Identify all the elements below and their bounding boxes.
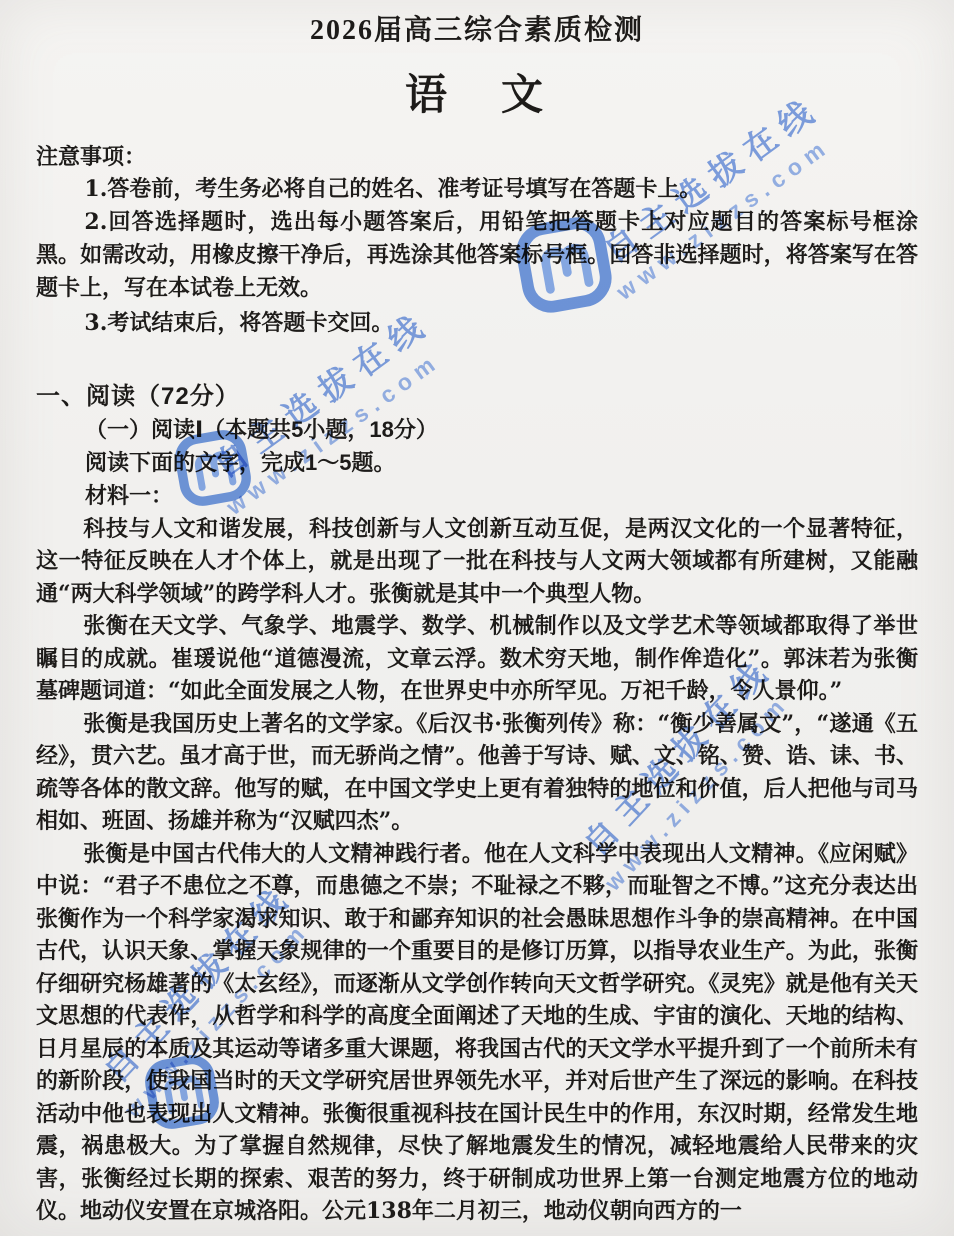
subject-title: 语 文 xyxy=(36,72,918,120)
reading-section: 一、阅读（72分） （一）阅读Ⅰ（本题共5小题，18分） 阅读下面的文字，完成1… xyxy=(36,380,918,1228)
paper-title: 2026届高三综合素质检测 xyxy=(36,14,918,48)
section-heading: 一、阅读（72分） xyxy=(36,380,918,413)
notice-item-1: 1.答卷前，考生务必将自己的姓名、准考证号填写在答题卡上。 xyxy=(36,173,918,206)
notice-section: 注意事项： 1.答卷前，考生务必将自己的姓名、准考证号填写在答题卡上。 2.回答… xyxy=(36,140,918,340)
notice-heading: 注意事项： xyxy=(36,140,918,173)
body-paragraph-4: 张衡是中国古代伟大的人文精神践行者。他在人文科学中表现出人文精神。《应闲赋》中说… xyxy=(36,838,918,1228)
notice-item-2: 2.回答选择题时，选出每小题答案后，用铅笔把答题卡上对应题目的答案标号框涂黑。如… xyxy=(36,206,918,305)
notice-item-3: 3.考试结束后，将答题卡交回。 xyxy=(36,307,918,340)
exam-paper-page: 2026届高三综合素质检测 语 文 注意事项： 1.答卷前，考生务必将自己的姓名… xyxy=(0,0,954,1236)
body-paragraph-3: 张衡是我国历史上著名的文学家。《后汉书·张衡列传》称：“衡少善属文”，“遂通《五… xyxy=(36,708,918,838)
material-body: 科技与人文和谐发展，科技创新与人文创新互动互促，是两汉文化的一个显著特征，这一特… xyxy=(36,513,918,1228)
reading-instruction: 阅读下面的文字，完成1～5题。 xyxy=(85,446,918,479)
body-paragraph-1: 科技与人文和谐发展，科技创新与人文创新互动互促，是两汉文化的一个显著特征，这一特… xyxy=(36,513,918,611)
subsection-heading: （一）阅读Ⅰ（本题共5小题，18分） xyxy=(85,413,918,446)
material-label: 材料一： xyxy=(85,479,918,512)
body-paragraph-2: 张衡在天文学、气象学、地震学、数学、机械制作以及文学艺术等领域都取得了举世瞩目的… xyxy=(36,610,918,708)
